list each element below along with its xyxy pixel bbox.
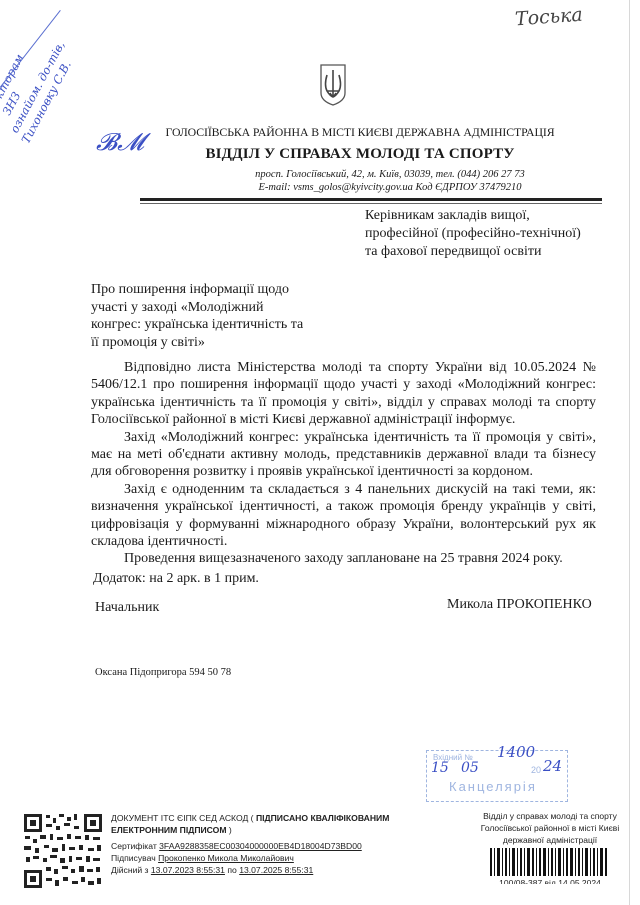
e-signature-status: ДОКУМЕНТ ІТС ЄІПК СЕД АСКОД ( ПІДПИСАНО … [111,812,441,836]
stamp-day: 15 [431,760,449,776]
subject-line: Про поширення інформації щодо [91,281,331,299]
resolution-signature: 𝓑𝓜 [96,128,144,156]
header-divider [140,198,602,201]
body-paragraph: Захід «Молодіжний конгрес: українська ід… [91,429,596,481]
stamp-year: 24 [543,757,562,775]
body-paragraph: Відповідно листа Міністерства молоді та … [91,359,596,429]
certificate-value: 3FAA9288358EC00304000000EB4D18004D73BD00 [159,841,362,851]
recipient-block: Керівникам закладів вищої, професійної (… [365,207,581,261]
valid-to: 13.07.2025 8:55:31 [239,865,313,875]
registration-block: Відділ у справах молоді та спорту Голосі… [470,810,630,846]
page-edge [629,0,630,905]
registration-line: Відділ у справах молоді та спорту [470,810,630,822]
organization-name: ГОЛОСІЇВСЬКА РАЙОННА В МІСТІ КИЄВІ ДЕРЖА… [140,125,580,140]
body-paragraph: Проведення вищезазначеного заходу заплан… [91,550,596,567]
subject-block: Про поширення інформації щодо участі у з… [91,281,331,351]
email-line: E-mail: vsms_golos@kyivcity.gov.ua Код Є… [180,181,600,194]
recipient-line: професійної (професійно-технічної) [365,225,581,243]
certificate-row: Сертифікат 3FAA9288358EC00304000000EB4D1… [111,840,441,852]
registration-line: державної адміністрації [470,834,630,846]
subject-line: участі у заході «Молодіжний [91,299,331,317]
executor-contact: Оксана Підопригора 594 50 78 [95,667,231,678]
coat-of-arms-icon [319,63,347,107]
incoming-stamp: Вхідний № 1400 15 05 20 24 Канцелярія [426,750,568,802]
qr-code-icon [22,812,104,890]
registration-line: Голосіївської районної в місті Києві [470,822,630,834]
appendix-note: Додаток: на 2 арк. в 1 прим. [93,571,259,587]
letter-body: Відповідно листа Міністерства молоді та … [91,359,596,568]
valid-from: 13.07.2023 8:55:31 [151,865,225,875]
signer-row: Підписувач Прокопенко Микола Миколайович [111,852,441,864]
header-divider-thin [140,203,602,204]
department-name: ВІДДІЛ У СПРАВАХ МОЛОДІ ТА СПОРТУ [140,146,580,163]
recipient-line: Керівникам закладів вищої, [365,207,581,225]
stamp-month: 05 [461,760,479,776]
address-line: просп. Голосіївський, 42, м. Київ, 03039… [180,168,600,181]
signer-name: Микола ПРОКОПЕНКО [447,597,592,613]
contact-info: просп. Голосіївський, 42, м. Київ, 03039… [140,168,600,194]
subject-line: конгрес: українська ідентичність та [91,316,331,334]
validity-row: Дійсний з 13.07.2023 8:55:31 по 13.07.20… [111,864,441,876]
e-signature-block: ДОКУМЕНТ ІТС ЄІПК СЕД АСКОД ( ПІДПИСАНО … [111,812,441,876]
subject-line: її промоція у світі» [91,334,331,352]
signer-position: Начальник [95,600,159,616]
signer-value: Прокопенко Микола Миколайович [158,853,294,863]
registration-number: 100/08-387 від 14.05.2024 [470,877,630,884]
stamp-office: Канцелярія [449,779,537,794]
stamp-year-prefix: 20 [531,765,541,775]
body-paragraph: Захід є одноденним та складається з 4 па… [91,481,596,551]
handwritten-note: Тоська [514,4,583,31]
barcode-icon [490,848,608,876]
handwritten-resolution: Директорам ЗНЗ ознайом. до-тів, Тихоновк… [0,0,175,192]
stamp-number: 1400 [497,743,535,761]
recipient-line: та фахової передвищої освіти [365,243,581,261]
